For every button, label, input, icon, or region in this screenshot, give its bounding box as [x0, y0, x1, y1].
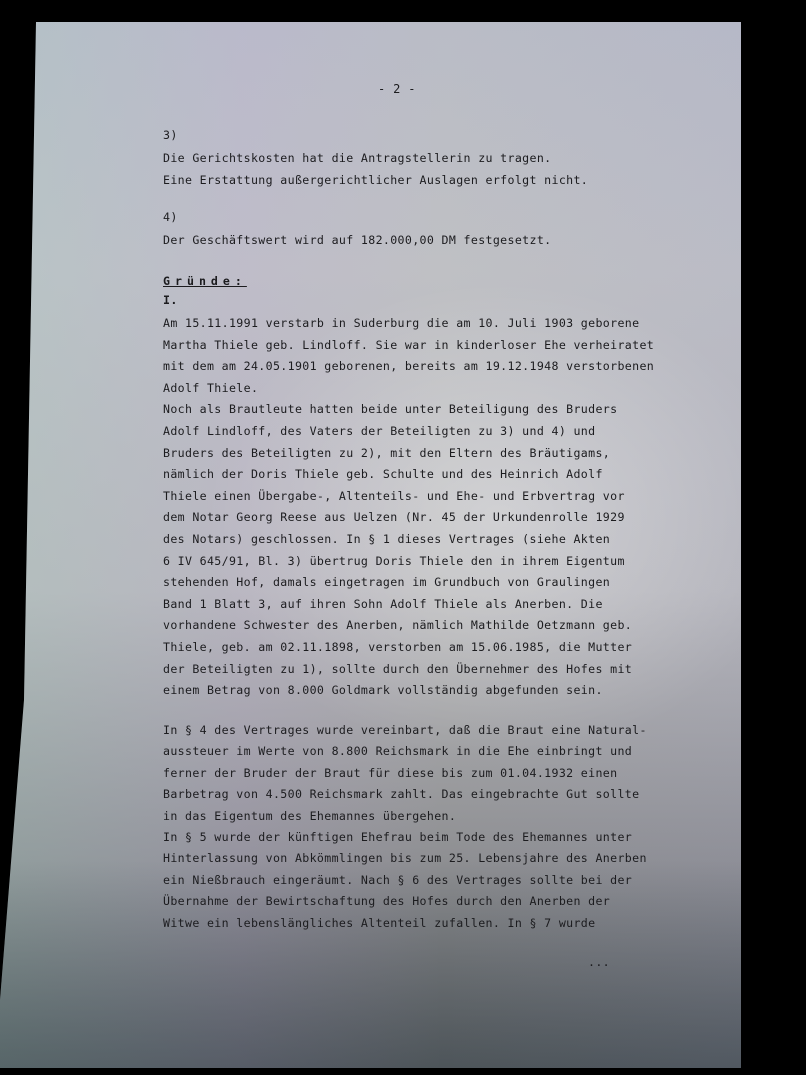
text-line: des Notars) geschlossen. In § 1 dieses V… [163, 532, 610, 546]
text-line: Am 15.11.1991 verstarb in Suderburg die … [163, 316, 639, 330]
text-line: In § 5 wurde der künftigen Ehefrau beim … [163, 830, 632, 844]
page-number: - 2 - [378, 82, 416, 96]
text-line: ferner der Bruder der Braut für diese bi… [163, 766, 617, 780]
text-line: nämlich der Doris Thiele geb. Schulte un… [163, 467, 603, 481]
text-line: vorhandene Schwester des Anerben, nämlic… [163, 618, 632, 632]
text-line: Band 1 Blatt 3, auf ihren Sohn Adolf Thi… [163, 597, 603, 611]
item-4-label: 4) [163, 210, 178, 224]
item-4-line: Der Geschäftswert wird auf 182.000,00 DM… [163, 233, 552, 247]
section-number: I. [163, 293, 178, 307]
item-3-label: 3) [163, 128, 178, 142]
text-line: Hinterlassung von Abkömmlingen bis zum 2… [163, 851, 647, 865]
text-line: Noch als Brautleute hatten beide unter B… [163, 402, 617, 416]
item-3-line: Eine Erstattung außergerichtlicher Ausla… [163, 173, 588, 187]
text-line: Martha Thiele geb. Lindloff. Sie war in … [163, 338, 654, 352]
text-line: stehenden Hof, damals eingetragen im Gru… [163, 575, 610, 589]
text-line: Adolf Thiele. [163, 381, 258, 395]
text-line: in das Eigentum des Ehemannes übergehen. [163, 809, 456, 823]
item-3-line: Die Gerichtskosten hat die Antragsteller… [163, 151, 552, 165]
text-line: Barbetrag von 4.500 Reichsmark zahlt. Da… [163, 787, 639, 801]
text-line: Thiele, geb. am 02.11.1898, verstorben a… [163, 640, 632, 654]
text-line: Thiele einen Übergabe-, Altenteils- und … [163, 489, 625, 503]
text-line: aussteuer im Werte von 8.800 Reichsmark … [163, 744, 632, 758]
text-line: Adolf Lindloff, des Vaters der Beteiligt… [163, 424, 595, 438]
reasons-heading: Gründe: [163, 274, 247, 288]
text-line: Übernahme der Bewirtschaftung des Hofes … [163, 894, 610, 908]
text-line: In § 4 des Vertrages wurde vereinbart, d… [163, 723, 647, 737]
text-line: Bruders des Beteiligten zu 2), mit den E… [163, 446, 610, 460]
text-line: einem Betrag von 8.000 Goldmark vollstän… [163, 683, 603, 697]
text-line: dem Notar Georg Reese aus Uelzen (Nr. 45… [163, 510, 625, 524]
text-line: mit dem am 24.05.1901 geborenen, bereits… [163, 359, 654, 373]
continuation-mark: ... [588, 955, 610, 969]
text-line: der Beteiligten zu 1), sollte durch den … [163, 662, 632, 676]
text-line: Witwe ein lebenslängliches Altenteil zuf… [163, 916, 595, 930]
text-line: 6 IV 645/91, Bl. 3) übertrug Doris Thiel… [163, 554, 625, 568]
text-line: ein Nießbrauch eingeräumt. Nach § 6 des … [163, 873, 632, 887]
